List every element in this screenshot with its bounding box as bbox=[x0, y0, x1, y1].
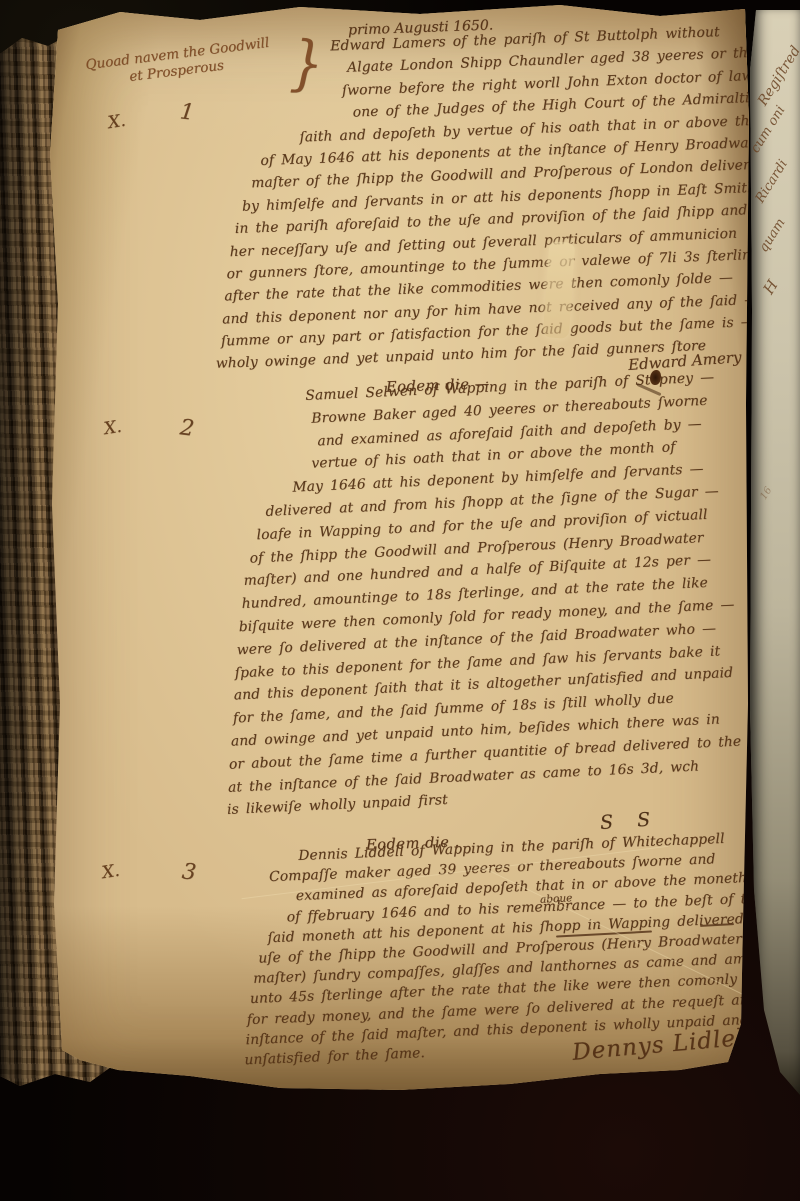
paragraph-mark-ss: S S bbox=[599, 808, 659, 834]
entry-3-paraph: X. bbox=[101, 861, 121, 883]
entry-2-paraph: X. bbox=[103, 417, 123, 439]
entry-1-body: Edward Lamers of the pariſh of St Buttol… bbox=[150, 18, 800, 378]
facing-page-fragment: Regiſtred bbox=[755, 43, 800, 108]
facing-page: Regiſtred cum oni Ricardi quam H 16 bbox=[750, 10, 800, 1095]
facing-page-fragment: cum oni bbox=[750, 103, 789, 155]
facing-page-fragment: quam bbox=[756, 216, 788, 255]
facing-page-fragment: Ricardi bbox=[753, 157, 791, 205]
facing-page-fragment: H bbox=[759, 277, 781, 298]
manuscript-photo: primo Augusti 1650. Quoad navem the Good… bbox=[0, 0, 800, 1201]
entry-1-paraph: X. bbox=[107, 111, 127, 133]
entry-2-body: Samuel Selwen of Wapping in the pariſh o… bbox=[150, 365, 773, 825]
facing-page-fragment: 16 bbox=[758, 485, 774, 502]
manuscript-page: primo Augusti 1650. Quoad navem the Good… bbox=[40, 4, 750, 1104]
